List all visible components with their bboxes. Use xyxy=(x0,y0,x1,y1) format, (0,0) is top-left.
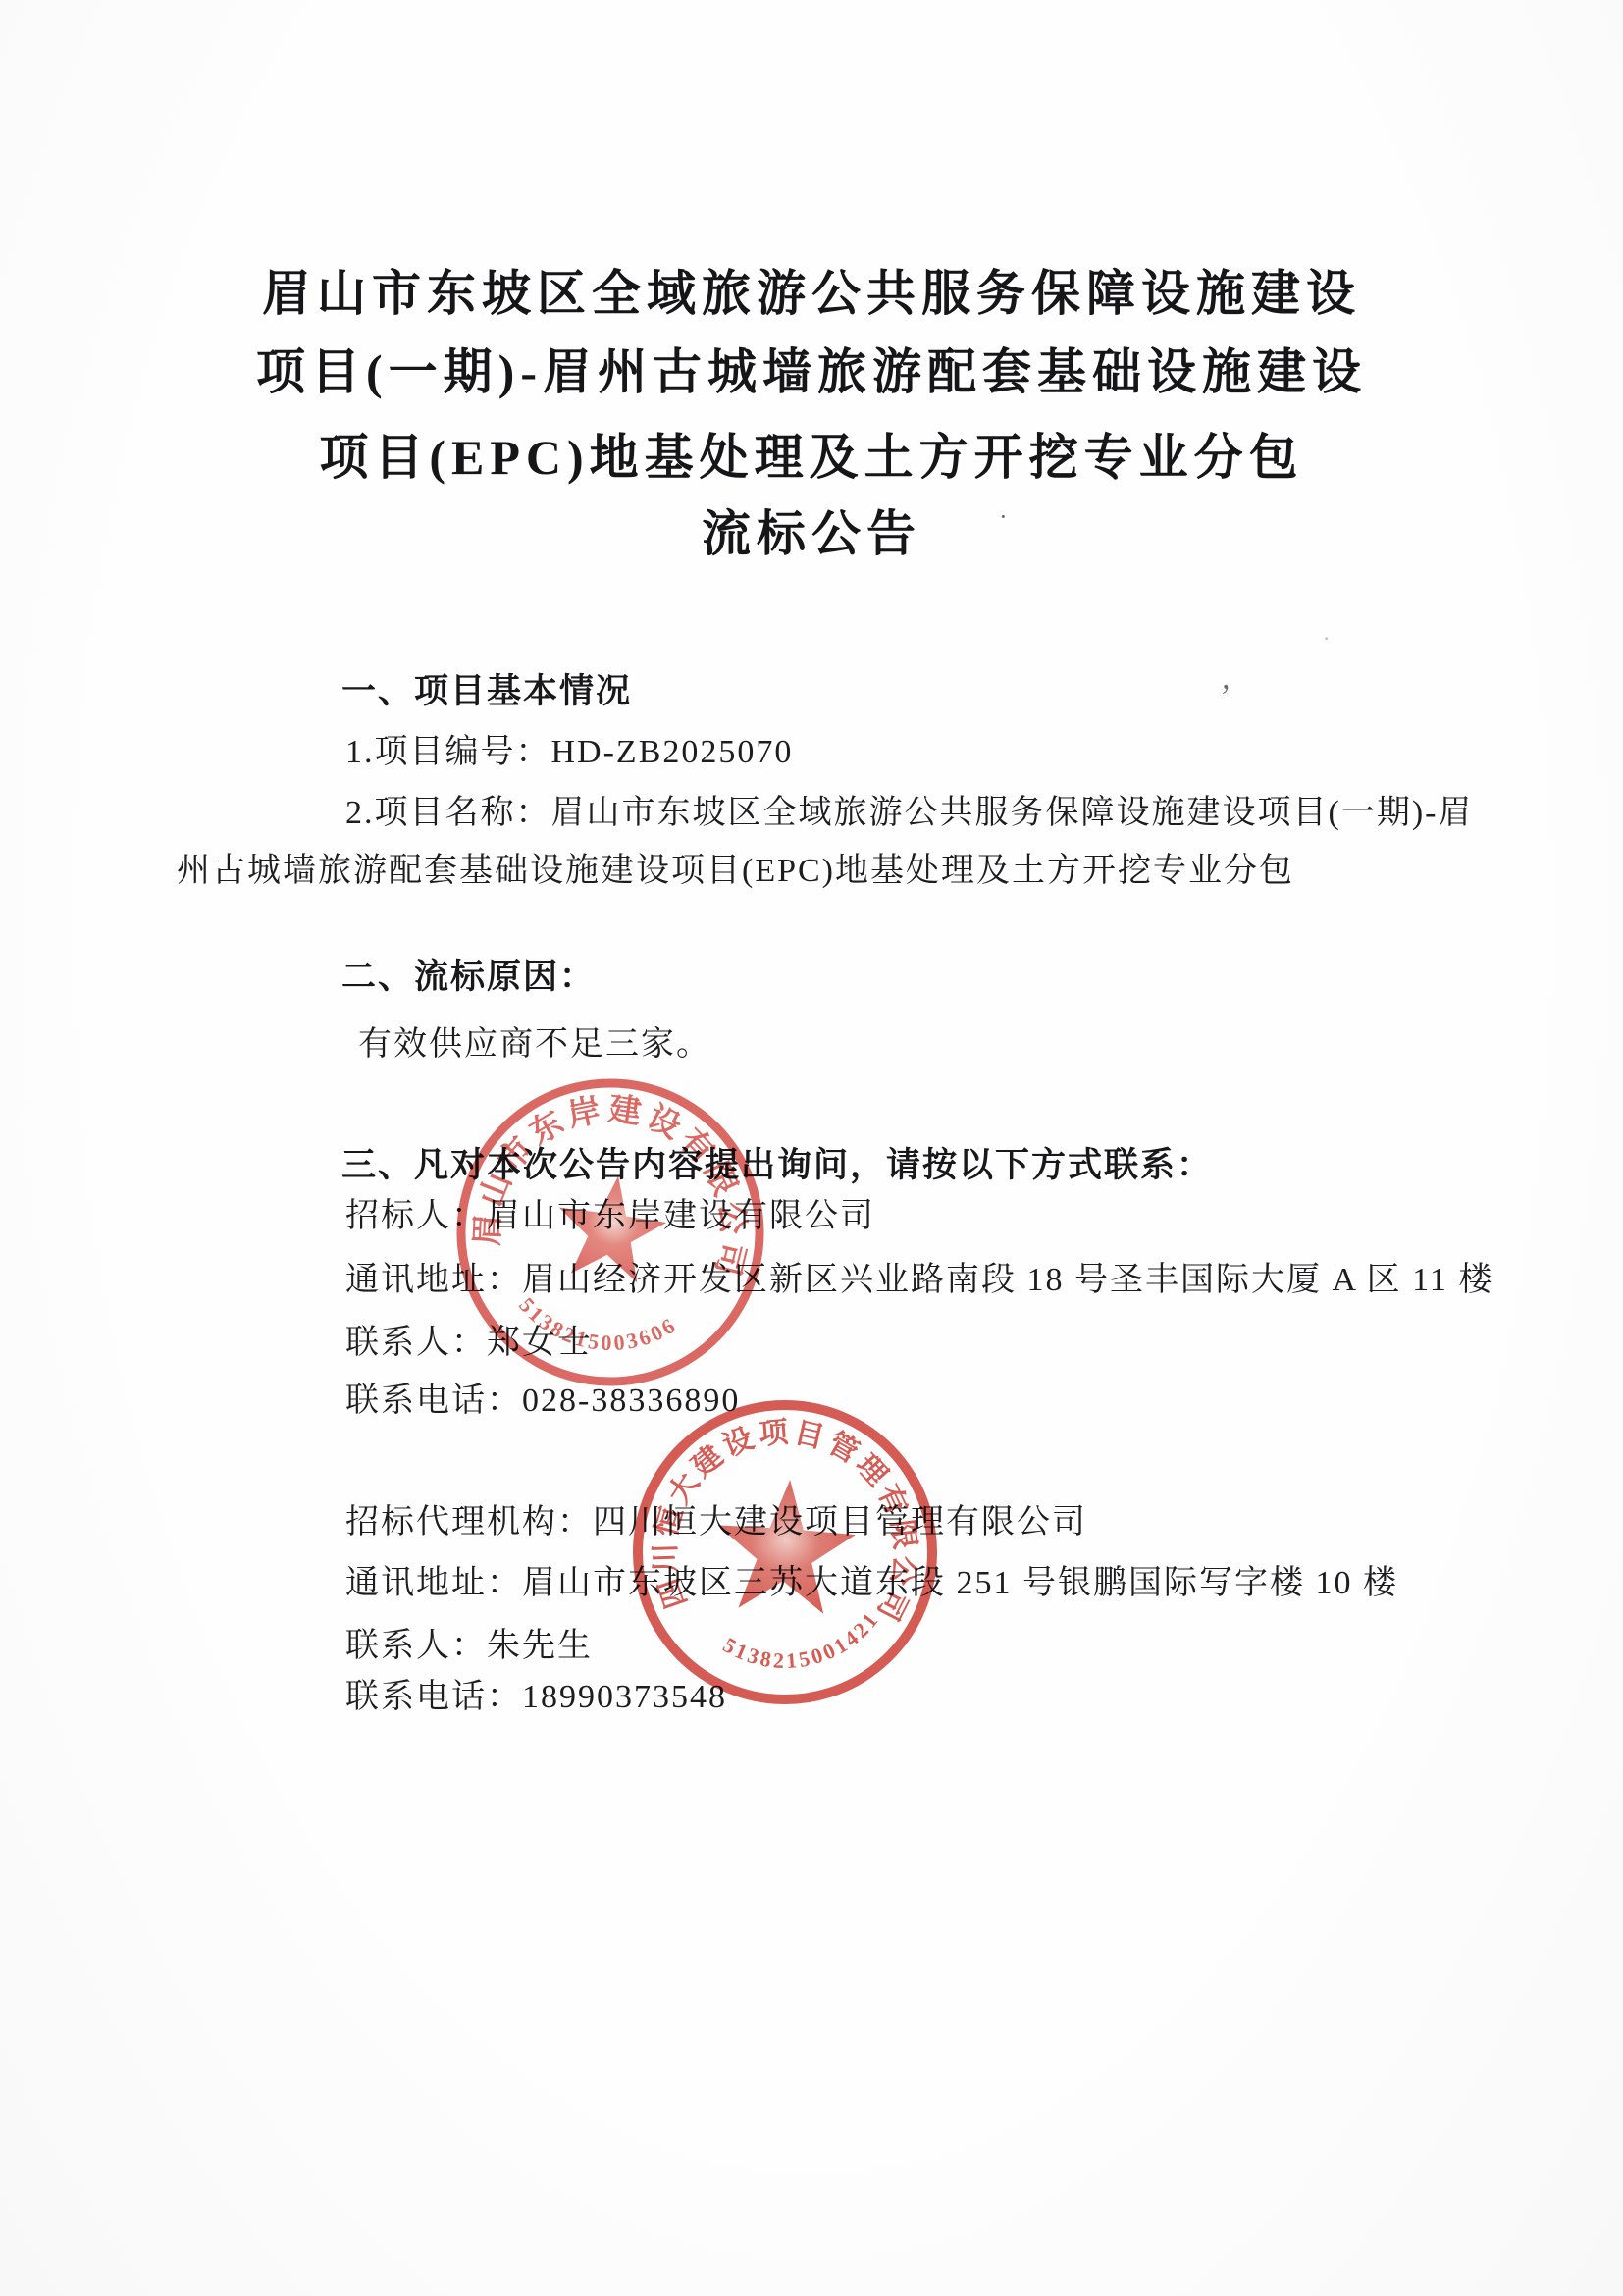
section-2-heading: 二、流标原因： xyxy=(341,950,596,999)
project-number-line: 1.项目编号：HD-ZB2025070 xyxy=(345,724,793,772)
scanned-document-page: 眉山市东坡区全域旅游公共服务保障设施建设 项目(一期)-眉州古城墙旅游配套基础设… xyxy=(0,0,1623,2296)
agency-contact-person-line: 联系人：朱先生 xyxy=(345,1618,593,1666)
scan-speck: ， xyxy=(1220,653,1255,701)
project-name-line-2: 州古城墙旅游配套基础设施建设项目(EPC)地基处理及土方开挖专业分包 xyxy=(177,843,1294,891)
round-seal-graphic: 四川恒大建设项目管理有限公司 5138215001421 xyxy=(618,1385,952,1719)
round-seal-graphic: 眉山市东岸建设有限公司 5138215003606 xyxy=(444,1066,777,1399)
document-title-line-3: 项目(EPC)地基处理及土方开挖专业分包 xyxy=(0,418,1623,489)
official-seal-agency: 四川恒大建设项目管理有限公司 5138215001421 xyxy=(618,1385,952,1719)
section-1-heading: 一、项目基本情况 xyxy=(341,664,632,713)
scan-speck: · xyxy=(999,502,1008,532)
project-name-line-1: 2.项目名称：眉山市东坡区全域旅游公共服务保障设施建设项目(一期)-眉 xyxy=(345,785,1473,833)
seal-star-icon xyxy=(712,1475,860,1615)
failure-reason-line: 有效供应商不足三家。 xyxy=(358,1017,711,1065)
scan-speck: · xyxy=(1323,626,1330,652)
document-title-line-2: 项目(一期)-眉州古城墙旅游配套基础设施建设 xyxy=(0,333,1623,403)
seal-serial-arc-text: 5138215003606 xyxy=(509,1290,684,1366)
seal-serial-arc-text: 5138215001421 xyxy=(718,1596,885,1680)
svg-text:5138215003606: 5138215003606 xyxy=(509,1290,684,1366)
official-seal-tenderer: 眉山市东岸建设有限公司 5138215003606 xyxy=(444,1066,777,1399)
seal-star-icon xyxy=(550,1169,672,1285)
svg-text:5138215001421: 5138215001421 xyxy=(718,1596,885,1680)
document-title-line-1: 眉山市东坡区全域旅游公共服务保障设施建设 xyxy=(0,254,1623,325)
document-title-line-4: 流标公告 xyxy=(0,495,1623,565)
